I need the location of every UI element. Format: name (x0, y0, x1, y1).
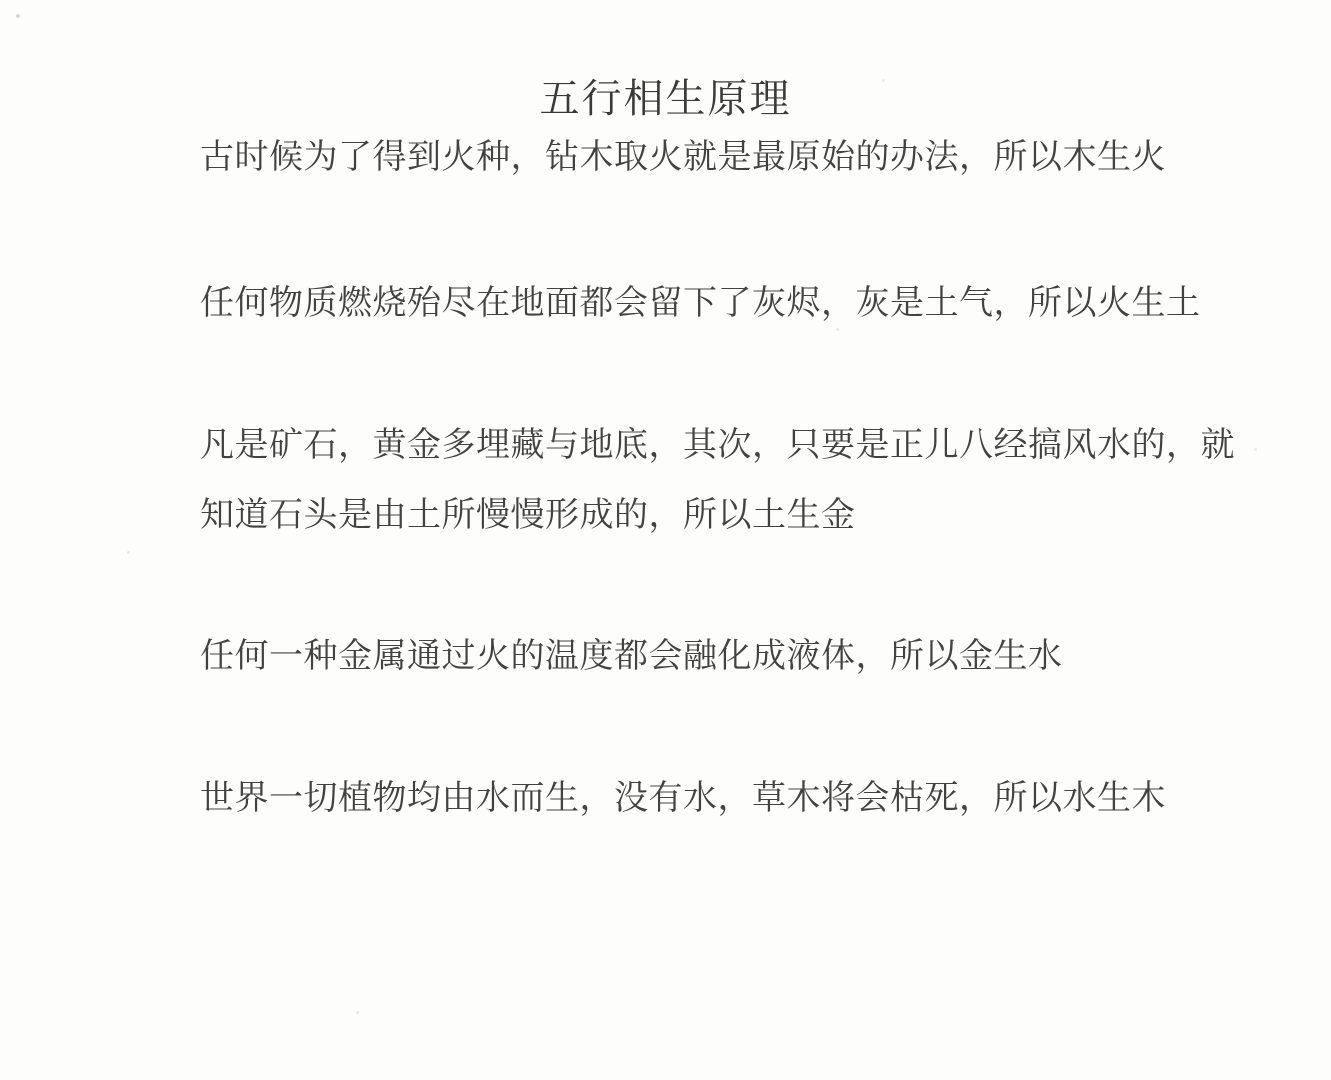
paragraph-line-water-wood: 世界一切植物均由水而生，没有水，草木将会枯死，所以水生木 (200, 779, 1231, 820)
paragraph-line-earth-metal-2: 知道石头是由土所慢慢形成的，所以土生金 (200, 496, 1231, 537)
paragraph-line-earth-metal-1: 凡是矿石，黄金多埋藏与地底，其次，只要是正儿八经搞风水的，就 (200, 426, 1231, 467)
paragraph-line-wood-fire: 古时候为了得到火种，钻木取火就是最原始的办法，所以木生火 (200, 138, 1231, 179)
scan-speckle (127, 551, 130, 554)
scan-speckle (356, 1011, 359, 1014)
document-page: 五行相生原理 古时候为了得到火种，钻木取火就是最原始的办法，所以木生火 任何物质… (0, 0, 1331, 1080)
scan-speckle (16, 14, 20, 18)
scan-speckle (882, 79, 885, 82)
paragraph-line-fire-earth: 任何物质燃烧殆尽在地面都会留下了灰烬，灰是土气，所以火生土 (200, 284, 1231, 325)
document-title: 五行相生原理 (0, 67, 1331, 124)
paragraph-line-metal-water: 任何一种金属通过火的温度都会融化成液体，所以金生水 (200, 637, 1231, 678)
scan-speckle (836, 328, 839, 331)
scan-speckle (1254, 448, 1257, 451)
